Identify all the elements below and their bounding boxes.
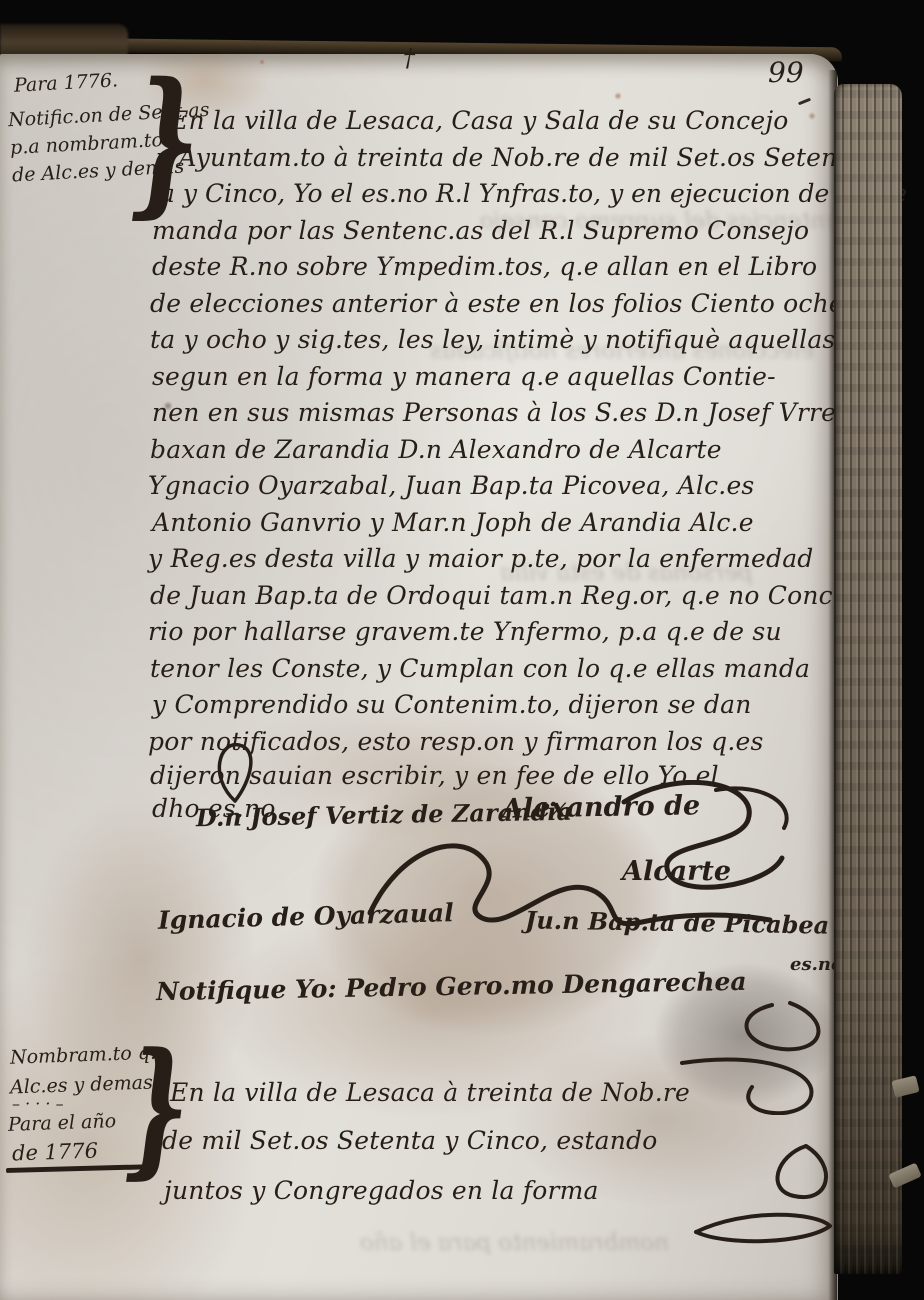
manuscript-line: juntos y Congregados en la forma [164,1176,599,1205]
manuscript-line: Antonio Ganvrio y Mar.n Joph de Arandia … [152,508,754,537]
manuscript-line: ta y ocho y sig.tes, les ley, intimè y n… [150,325,844,354]
manuscript-line: de Juan Bap.ta de Ordoqui tam.n Reg.or, … [150,581,870,610]
manuscript-line: tenor les Conste, y Cumplan con lo q.e e… [150,654,810,683]
manuscript-line: y Comprendido su Contenim.to, dijeron se… [152,690,752,719]
margin-note-line: de 1776 [12,1139,99,1166]
dho-flourish [205,735,267,807]
manuscript-line: nen en sus mismas Personas à los S.es D.… [152,398,845,427]
margin-note-dashes: – · · · – [12,1094,64,1113]
binding-edge [0,24,128,58]
manuscript-line: y Ayuntam.to à treinta de Nob.re de mil … [156,143,846,172]
manuscript-photo: sentencias del supremo consejo eleccione… [0,0,924,1300]
manuscript-line: baxan de Zarandia D.n Alexandro de Alcar… [150,435,722,464]
manuscript-line: deste R.no sobre Ympedim.tos, q.e allan … [152,252,817,281]
signature-rubric-alexandro [596,780,806,910]
folio-number: 99 [768,56,804,89]
manuscript-line: En la villa de Lesaca, Casa y Sala de su… [170,106,789,135]
manuscript-line: de mil Set.os Setenta y Cinco, estando [162,1126,657,1155]
header-cross-mark: † [403,44,415,72]
show-through-text: nombramiento para el año [360,1230,669,1256]
manuscript-line: manda por las Sentenc.as del R.l Supremo… [152,216,809,245]
closing-flourish [688,1138,838,1253]
manuscript-line: y Reg.es desta villa y maior p.te, por l… [148,544,814,573]
margin-brace: } [126,1034,189,1181]
manuscript-line: rio por hallarse gravem.te Ynfermo, p.a … [148,617,782,646]
manuscript-line: En la villa de Lesaca à treinta de Nob.r… [170,1078,690,1107]
manuscript-line: ta y Cinco, Yo el es.no R.l Ynfras.to, y… [150,179,907,208]
margin-note-line: Para el año [8,1110,117,1136]
manuscript-line: de elecciones anterior à este en los fol… [150,289,869,318]
manuscript-line: Ygnacio Oyarzabal, Juan Bap.ta Picovea, … [148,471,754,500]
manuscript-line: segun en la forma y manera q.e aquellas … [152,362,776,391]
book-fore-edge [834,84,902,1274]
